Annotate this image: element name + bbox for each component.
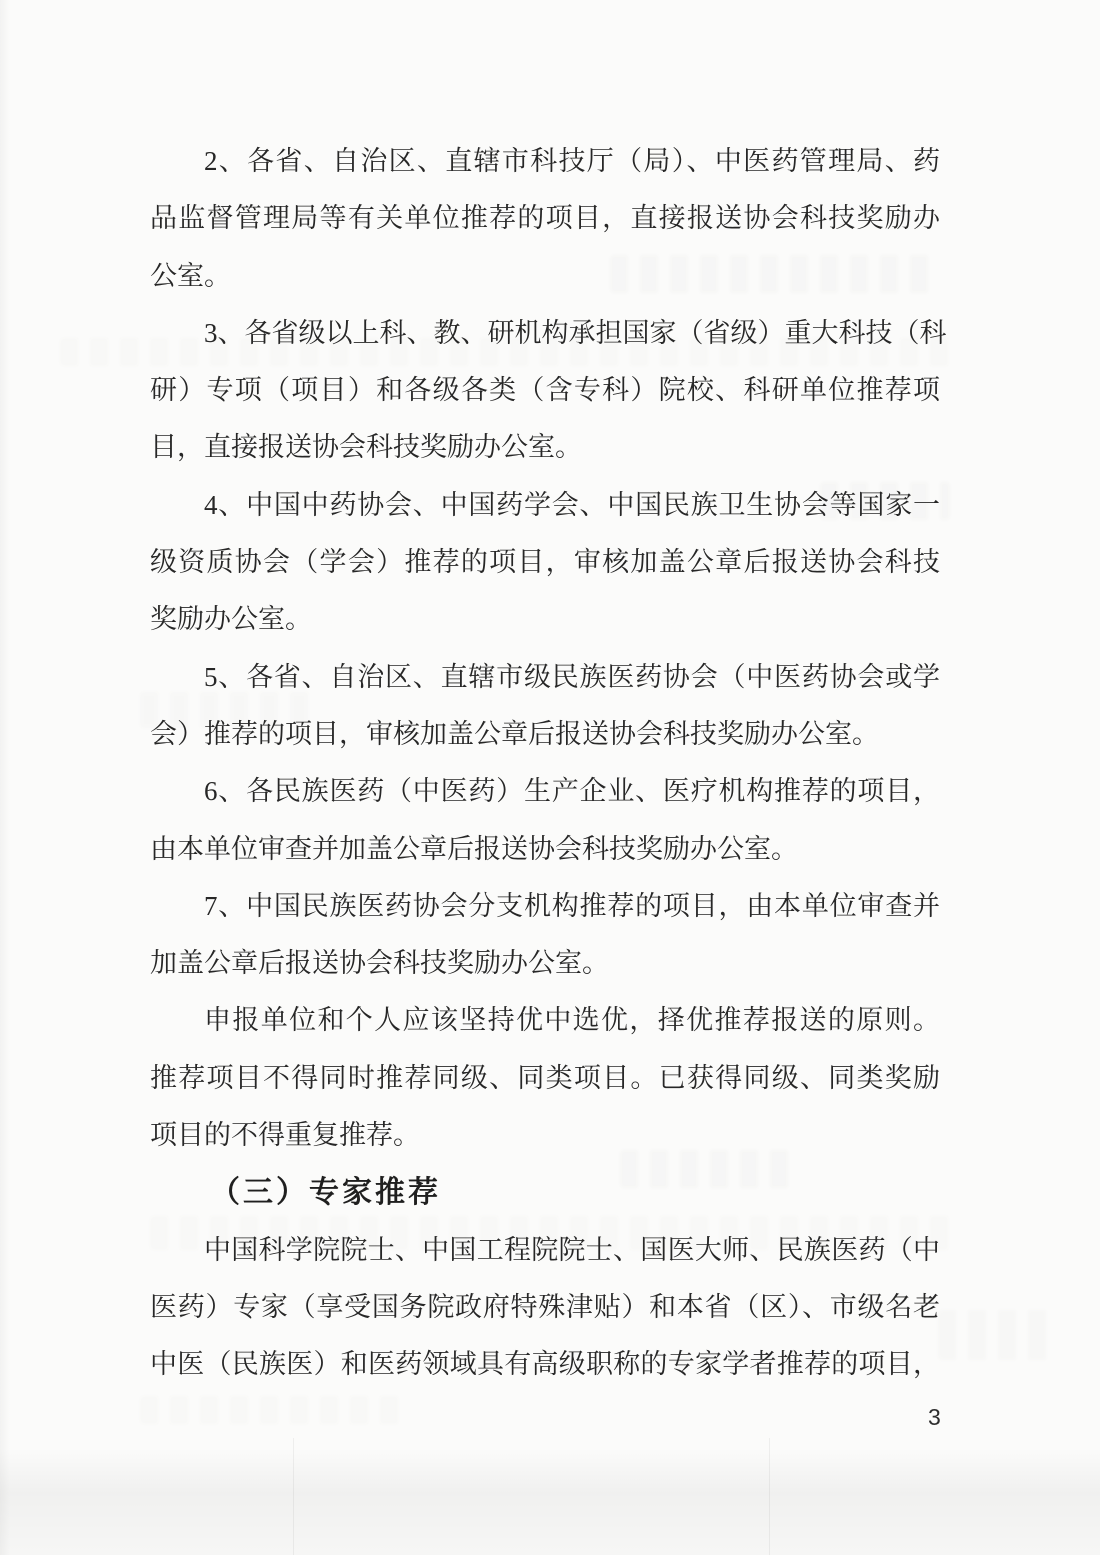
document-page: 2、各省、自治区、直辖市科技厅（局）、中医药管理局、药 品监督管理局等有关单位推… [0,0,1100,1555]
text-line: 品监督管理局等有关单位推荐的项目，直接报送协会科技奖励办 [150,190,940,247]
text-line: 中国科学院院士、中国工程院院士、国医大师、民族医药（中 [150,1222,940,1279]
text-line: 由本单位审查并加盖公章后报送协会科技奖励办公室。 [150,821,940,878]
document-body: 2、各省、自治区、直辖市科技厅（局）、中医药管理局、药 品监督管理局等有关单位推… [150,133,940,1394]
text-line: 推荐项目不得同时推荐同级、同类项目。已获得同级、同类奖励 [150,1050,940,1107]
text-line: 级资质协会（学会）推荐的项目，审核加盖公章后报送协会科技 [150,534,940,591]
bleedthrough-artifact [938,1310,1058,1360]
text-line: 会）推荐的项目，审核加盖公章后报送协会科技奖励办公室。 [150,706,940,763]
text-line: 5、各省、自治区、直辖市级民族医药协会（中医药协会或学 [150,649,940,706]
text-line: 申报单位和个人应该坚持优中选优，择优推荐报送的原则。 [150,992,940,1049]
text-line: 研）专项（项目）和各级各类（含专科）院校、科研单位推荐项 [150,362,940,419]
text-line: 奖励办公室。 [150,591,940,648]
text-line: 加盖公章后报送协会科技奖励办公室。 [150,935,940,992]
text-line: 4、中国中药协会、中国药学会、中国民族卫生协会等国家一 [150,477,940,534]
text-line: 6、各民族医药（中医药）生产企业、医疗机构推荐的项目， [150,763,940,820]
scan-fold-line [769,1438,770,1555]
text-line: 7、中国民族医药协会分支机构推荐的项目，由本单位审查并 [150,878,940,935]
page-number: 3 [928,1404,941,1431]
section-heading: （三）专家推荐 [150,1164,940,1221]
text-line: 目，直接报送协会科技奖励办公室。 [150,419,940,476]
text-line: 医药）专家（享受国务院政府特殊津贴）和本省（区）、市级名老 [150,1279,940,1336]
text-line: 公室。 [150,248,940,305]
bleedthrough-artifact [140,1396,400,1424]
text-line: 项目的不得重复推荐。 [150,1107,940,1164]
text-line: 2、各省、自治区、直辖市科技厅（局）、中医药管理局、药 [150,133,940,190]
text-line: 3、各省级以上科、教、研机构承担国家（省级）重大科技（科 [150,305,940,362]
text-line: 中医（民族医）和医药领域具有高级职称的专家学者推荐的项目， [150,1336,940,1393]
scan-bottom-shadow [0,1448,1100,1555]
scan-fold-line [293,1438,294,1555]
scan-edge-shadow [0,0,10,1555]
